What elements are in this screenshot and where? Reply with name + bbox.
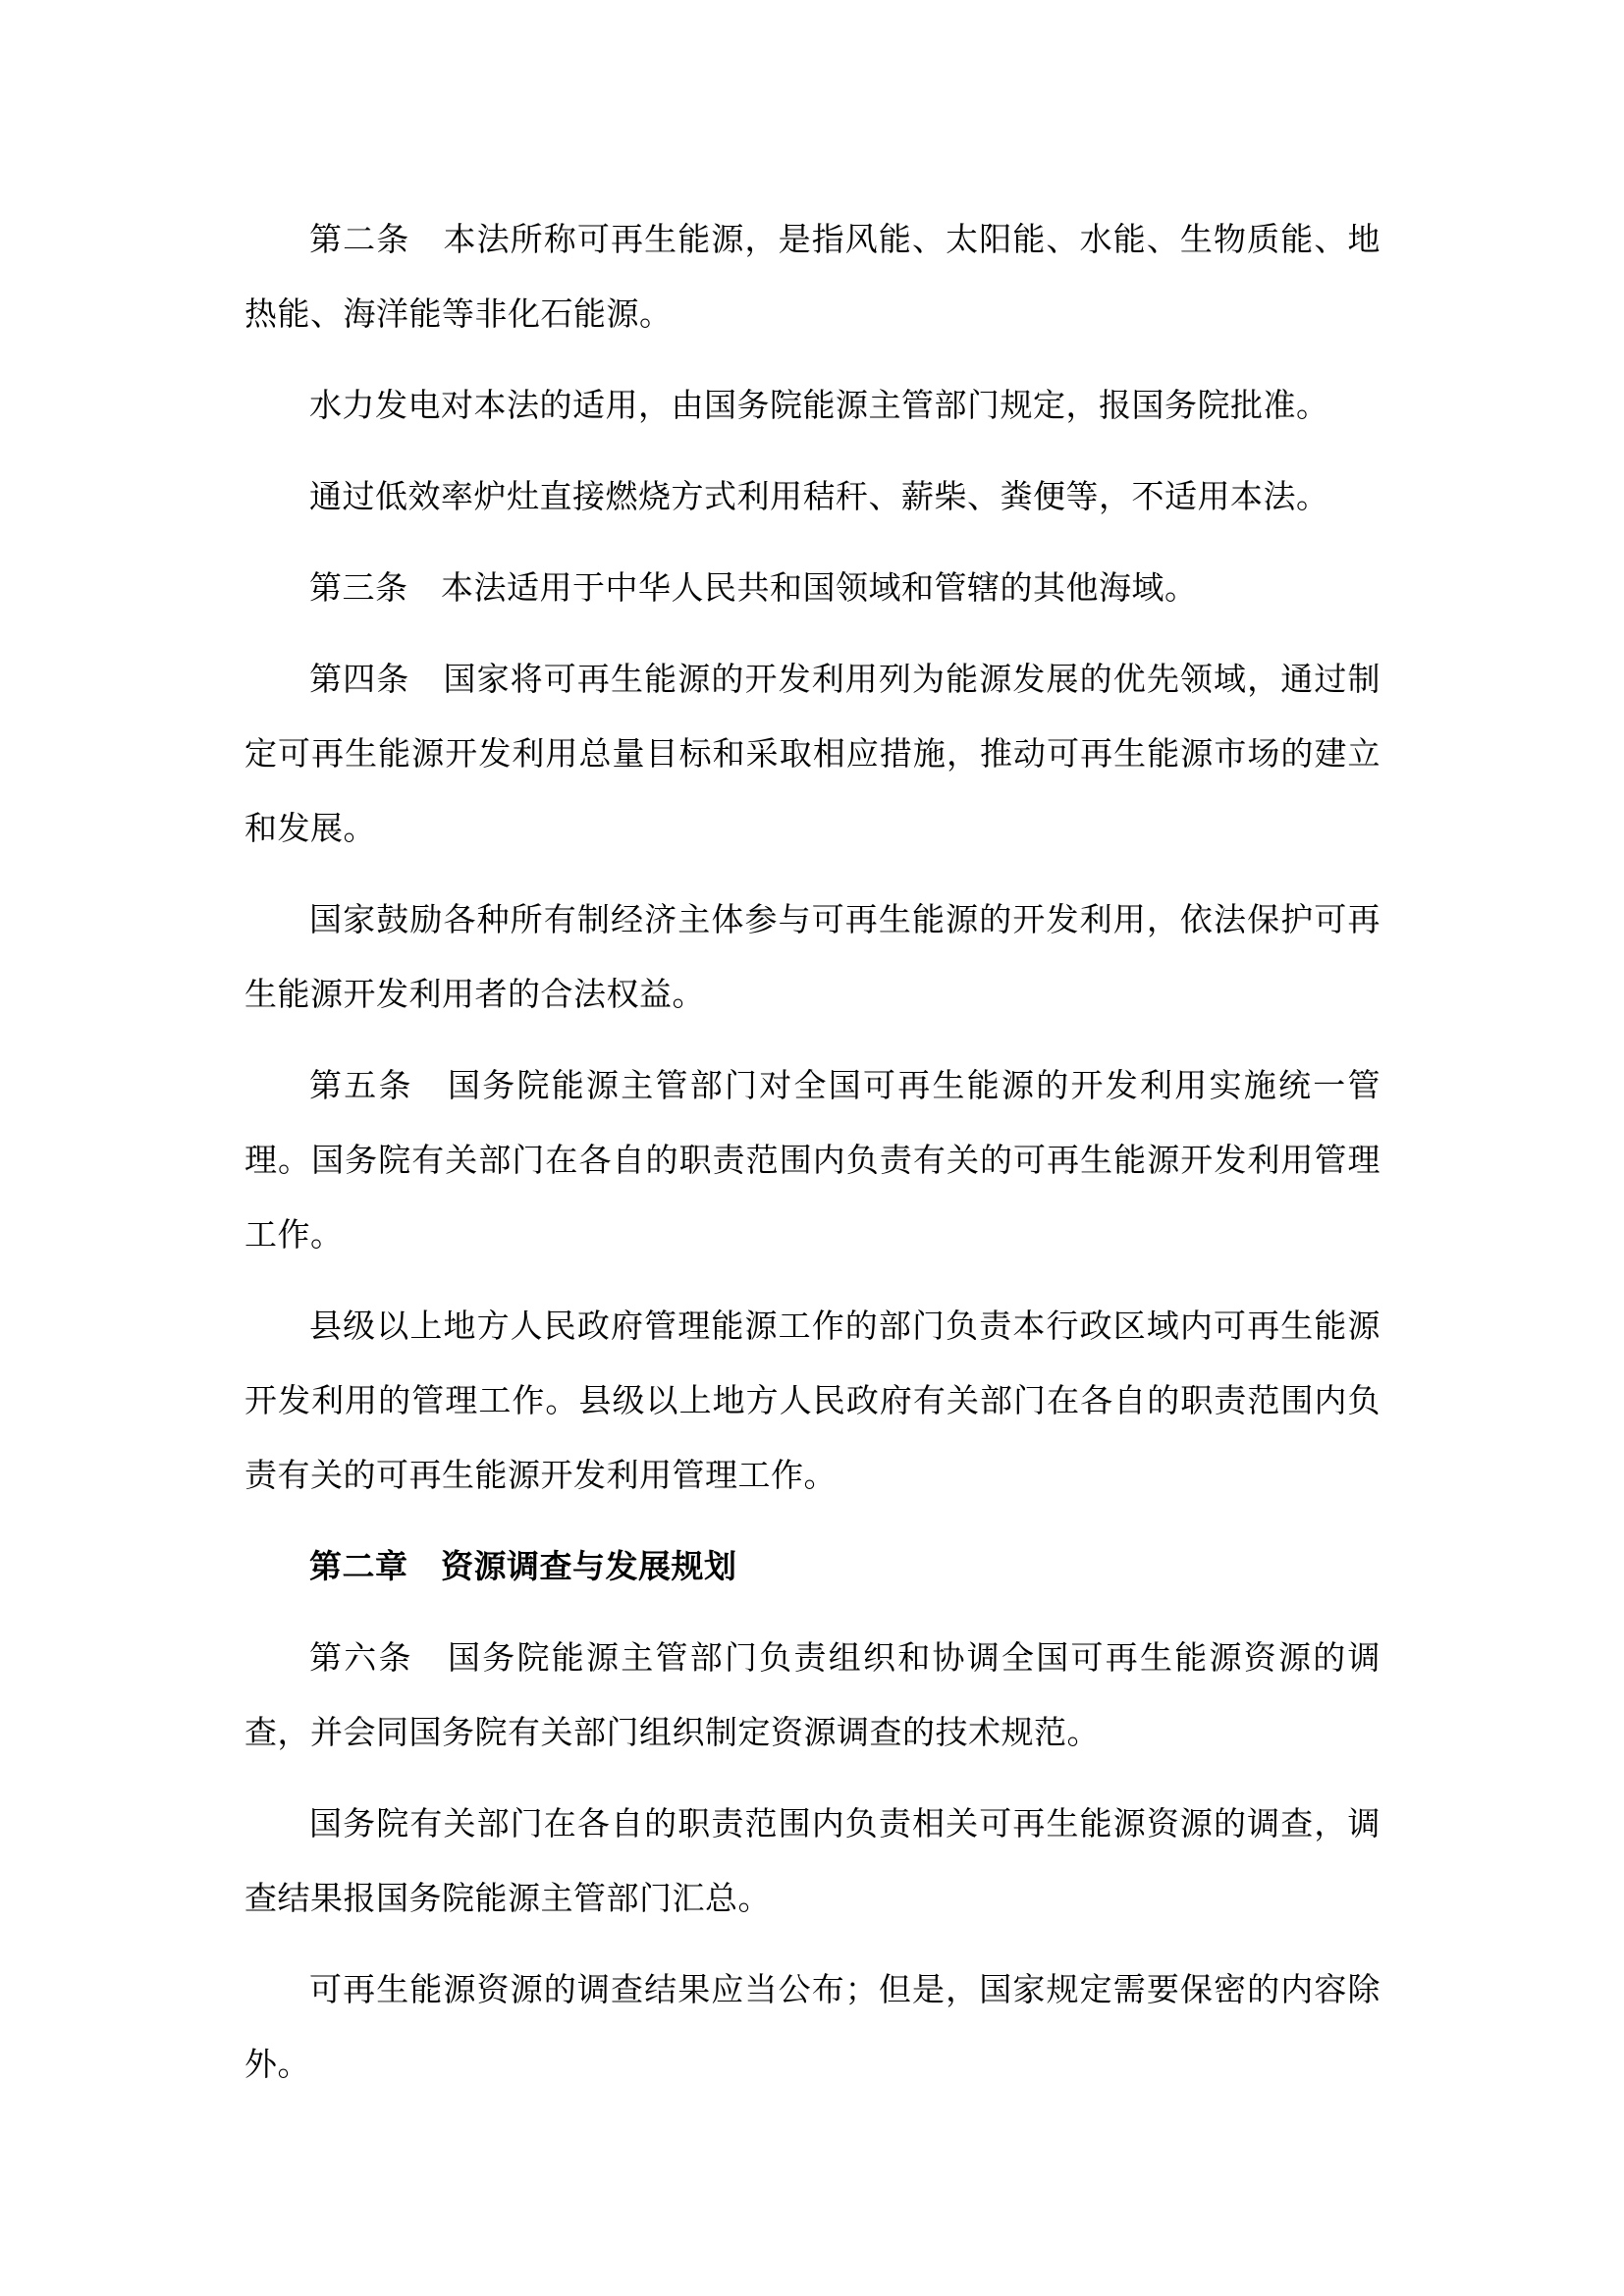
article-paragraph: 第四条 国家将可再生能源的开发利用列为能源发展的优先领域，通过制定可再生能源开发… — [244, 643, 1380, 867]
article-paragraph: 通过低效率炉灶直接燃烧方式利用秸秆、薪柴、粪便等，不适用本法。 — [244, 460, 1380, 535]
chapter-heading: 第二章 资源调查与发展规划 — [244, 1530, 1380, 1605]
document-text-body: 第二条 本法所称可再生能源，是指风能、太阳能、水能、生物质能、地热能、海洋能等非… — [244, 203, 1380, 2103]
document-page: 第二条 本法所称可再生能源，是指风能、太阳能、水能、生物质能、地热能、海洋能等非… — [0, 0, 1624, 2296]
article-paragraph: 第五条 国务院能源主管部门对全国可再生能源的开发利用实施统一管理。国务院有关部门… — [244, 1049, 1380, 1273]
article-paragraph: 国家鼓励各种所有制经济主体参与可再生能源的开发利用，依法保护可再生能源开发利用者… — [244, 883, 1380, 1033]
article-paragraph: 第三条 本法适用于中华人民共和国领域和管辖的其他海域。 — [244, 552, 1380, 626]
article-paragraph: 水力发电对本法的适用，由国务院能源主管部门规定，报国务院批准。 — [244, 369, 1380, 444]
article-paragraph: 国务院有关部门在各自的职责范围内负责相关可再生能源资源的调查，调查结果报国务院能… — [244, 1788, 1380, 1937]
article-paragraph: 可再生能源资源的调查结果应当公布；但是，国家规定需要保密的内容除外。 — [244, 1953, 1380, 2103]
article-paragraph: 第二条 本法所称可再生能源，是指风能、太阳能、水能、生物质能、地热能、海洋能等非… — [244, 203, 1380, 352]
article-paragraph: 县级以上地方人民政府管理能源工作的部门负责本行政区域内可再生能源开发利用的管理工… — [244, 1290, 1380, 1514]
article-paragraph: 第六条 国务院能源主管部门负责组织和协调全国可再生能源资源的调查，并会同国务院有… — [244, 1622, 1380, 1771]
